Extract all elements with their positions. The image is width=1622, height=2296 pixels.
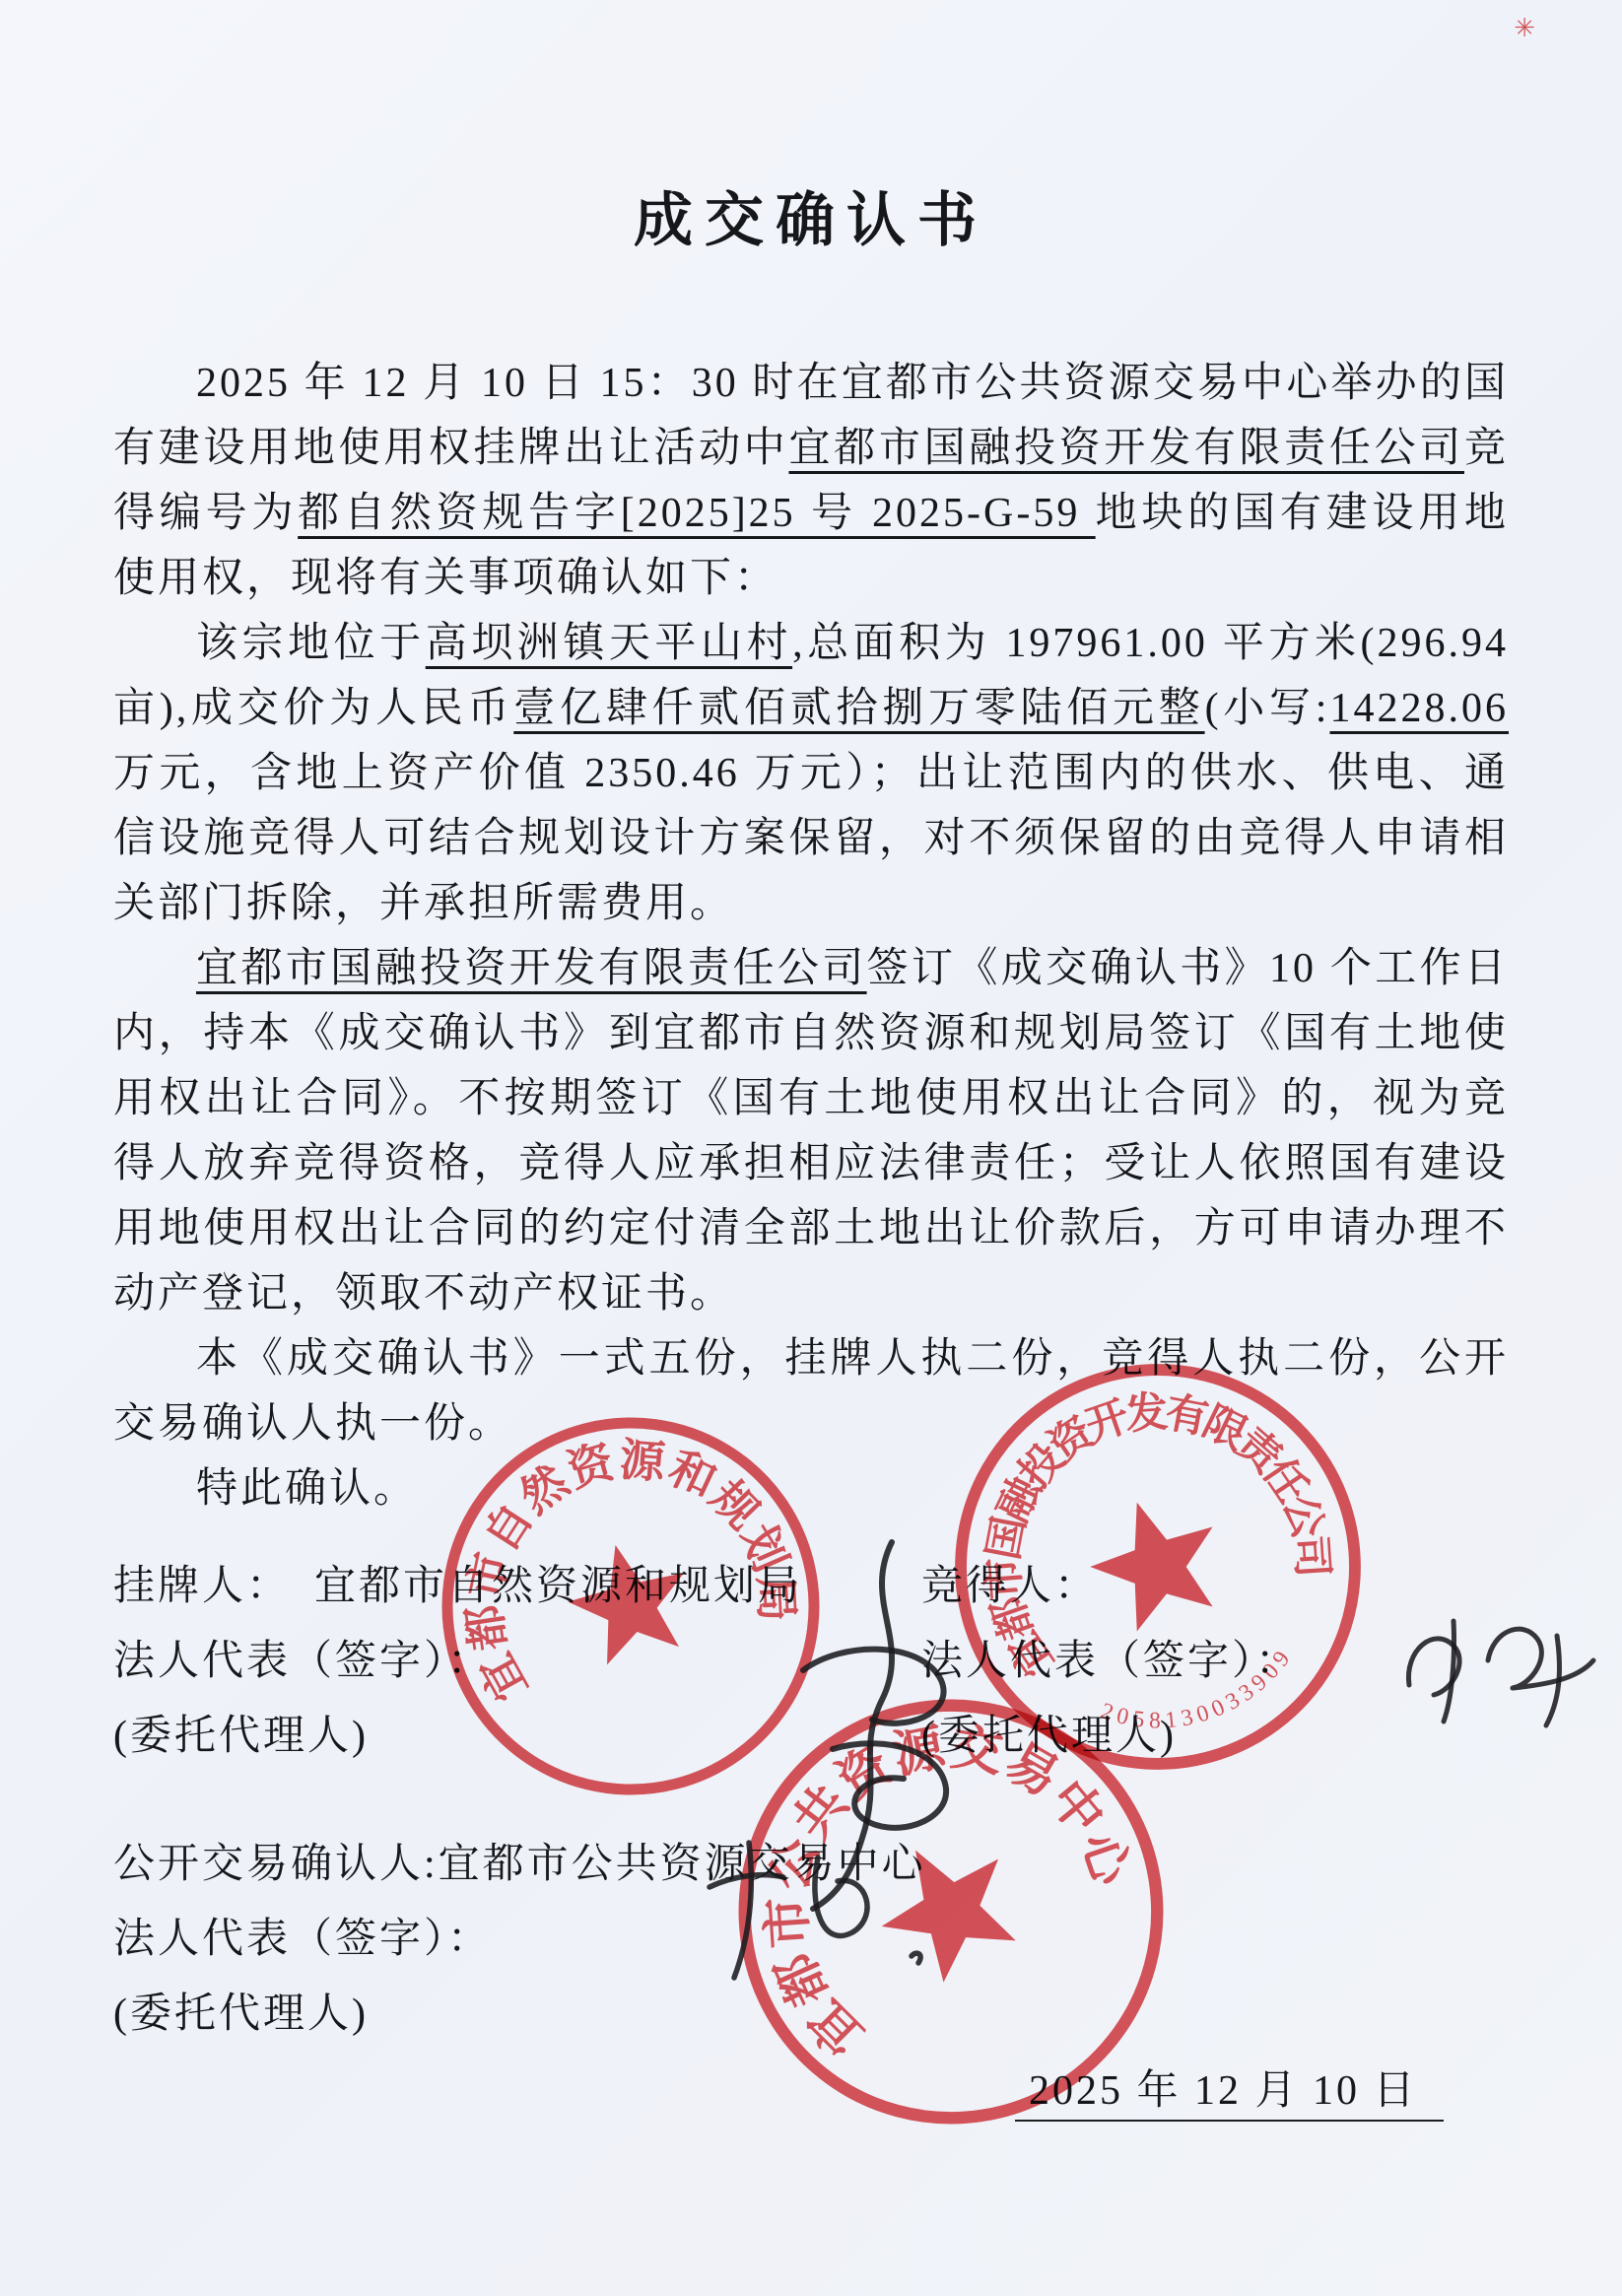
underlined-text: 14228.06 bbox=[1329, 686, 1509, 731]
underlined-text: 宜都市国融投资开发有限责任公司 bbox=[788, 426, 1463, 471]
underlined-text: 壹亿肆仟贰佰贰拾捌万零陆佰元整 bbox=[513, 686, 1204, 731]
paragraph-parcel-price: 该宗地位于高坝洲镇天平山村,总面积为 197961.00 平方米(296.94 … bbox=[113, 611, 1509, 936]
svg-text:2058130033909: 2058130033909 bbox=[1091, 1638, 1310, 1758]
underlined-text: 都自然资规告字[2025]25 号 2025-G-59 bbox=[298, 491, 1095, 536]
text-segment: 万元，含地上资产价值 2350.46 万元）；出让范围内的供水、供电、通信设施竞… bbox=[113, 751, 1509, 926]
document-page: ✳ 成交确认书 2025 年 12 月 10 日 15：30 时在宜都市公共资源… bbox=[0, 0, 1622, 2296]
text-segment: 签订《成交确认书》10 个工作日内，持本《成交确认书》到宜都市自然资源和规划局签… bbox=[113, 946, 1509, 1317]
paragraph-contract-terms: 宜都市国融投资开发有限责任公司签订《成交确认书》10 个工作日内，持本《成交确认… bbox=[113, 936, 1509, 1326]
text-segment: 该宗地位于 bbox=[196, 621, 426, 666]
corner-stamp-mark-icon: ✳ bbox=[1514, 14, 1535, 43]
seal-star-icon bbox=[1076, 1482, 1237, 1639]
underlined-text: 高坝洲镇天平山村 bbox=[426, 621, 792, 666]
confirmer-label: 公开交易确认人: bbox=[113, 1842, 439, 1887]
handwritten-signature-winner bbox=[1394, 1591, 1611, 1749]
seal-star-icon bbox=[558, 1530, 702, 1670]
underlined-text: 宜都市国融投资开发有限责任公司 bbox=[196, 946, 867, 991]
handwritten-signature-confirmer bbox=[690, 1818, 966, 2005]
lister-label: 挂牌人： bbox=[113, 1564, 291, 1609]
paragraph-auction-intro: 2025 年 12 月 10 日 15：30 时在宜都市公共资源交易中心举办的国… bbox=[113, 351, 1509, 611]
text-segment: (小写: bbox=[1205, 686, 1330, 731]
text-segment: 特此确认。 bbox=[196, 1466, 418, 1512]
seal-number: 2058130033909 bbox=[1091, 1638, 1310, 1758]
document-title: 成交确认书 bbox=[0, 173, 1622, 258]
